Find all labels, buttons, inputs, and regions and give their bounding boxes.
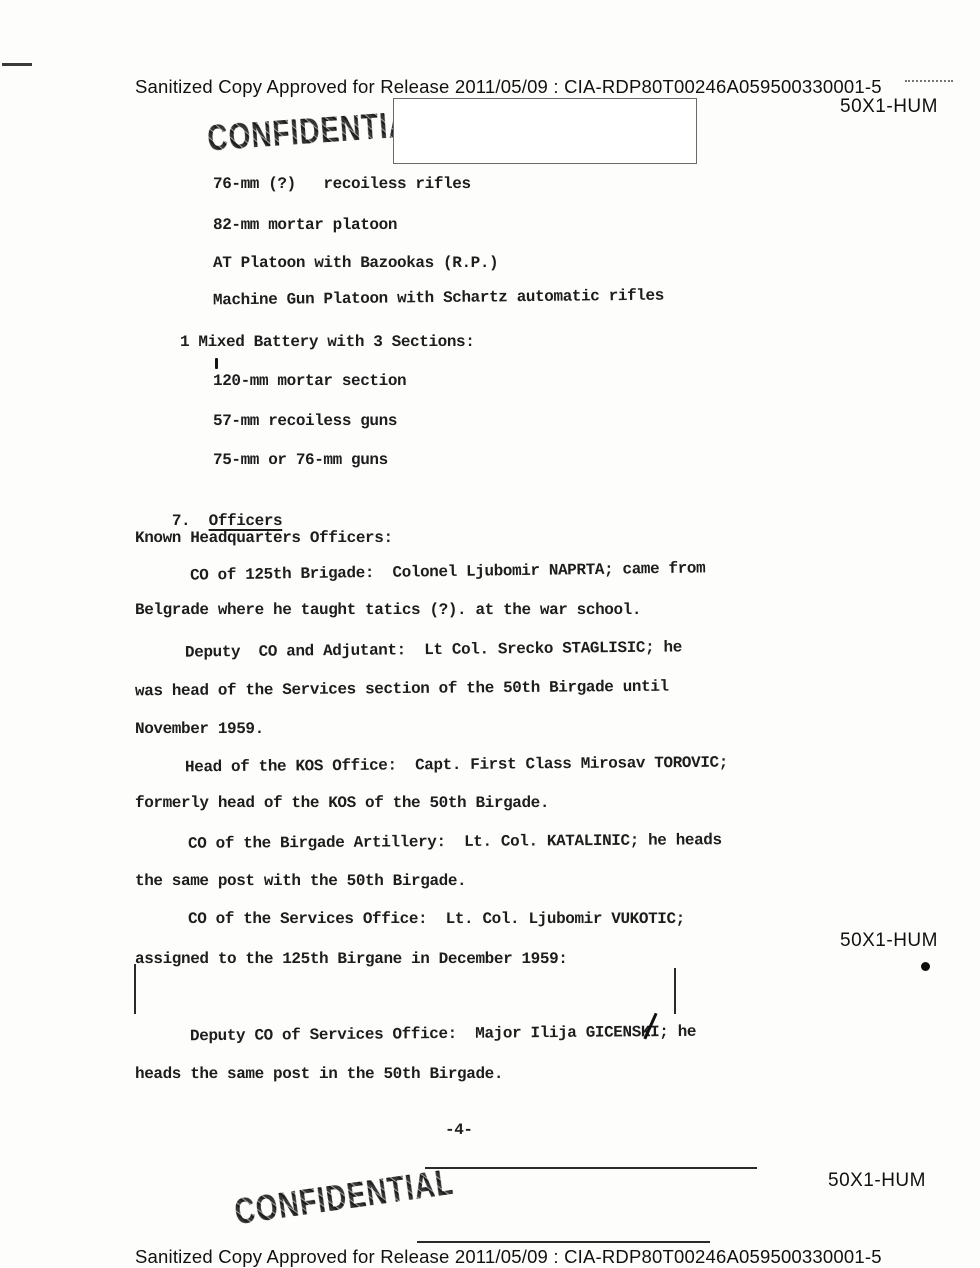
typewriter-line: was head of the Services section of the … <box>135 677 669 702</box>
typewriter-line: Belgrade where he taught tatics (?). at … <box>135 600 641 620</box>
redaction-bracket-left <box>134 964 136 1014</box>
typewriter-line: the same post with the 50th Birgade. <box>135 871 466 891</box>
typewriter-line: Head of the KOS Office: Capt. First Clas… <box>185 753 728 778</box>
overstrike-mark <box>215 358 218 369</box>
typewriter-line: Deputy CO of Services Office: Major Ilij… <box>190 1022 696 1046</box>
scan-artifact-dash <box>2 63 32 66</box>
separator-line-lower <box>417 1241 710 1243</box>
typewriter-line: CO of the Birgade Artillery: Lt. Col. KA… <box>188 830 722 854</box>
scanned-document-page: Sanitized Copy Approved for Release 2011… <box>0 0 980 1268</box>
scan-artifact-dots <box>905 80 953 82</box>
separator-line-upper <box>425 1167 757 1169</box>
footer-sanitized-text: Sanitized Copy Approved for Release 2011… <box>135 1246 882 1268</box>
ink-dot <box>921 962 930 971</box>
typewriter-line: November 1959. <box>135 719 264 739</box>
confidential-stamp-bottom: CONFIDENTIAL <box>232 1161 456 1233</box>
typewriter-line: Machine Gun Platoon with Schartz automat… <box>213 286 664 311</box>
typewriter-line: formerly head of the KOS of the 50th Bir… <box>135 793 549 813</box>
typewriter-line: Deputy CO and Adjutant: Lt Col. Srecko S… <box>185 637 682 662</box>
page-number: -4- <box>445 1120 473 1140</box>
typewriter-line: 82-mm mortar platoon <box>213 215 397 235</box>
redaction-bracket-right <box>674 968 676 1014</box>
typewriter-line: AT Platoon with Bazookas (R.P.) <box>213 253 498 273</box>
typewriter-line: heads the same post in the 50th Birgade. <box>135 1064 503 1084</box>
marking-50x1-hum-bottom: 50X1-HUM <box>828 1170 926 1192</box>
typewriter-line: 75-mm or 76-mm guns <box>213 450 388 470</box>
typewriter-line: 120-mm mortar section <box>213 371 406 391</box>
marking-50x1-hum-middle: 50X1-HUM <box>840 930 938 952</box>
header-sanitized-text: Sanitized Copy Approved for Release 2011… <box>135 76 882 98</box>
typewriter-line: assigned to the 125th Birgane in Decembe… <box>135 949 567 969</box>
typewriter-line: Known Headquarters Officers: <box>135 528 393 548</box>
marking-50x1-hum-top: 50X1-HUM <box>840 96 938 118</box>
typewriter-line: CO of 125th Brigade: Colonel Ljubomir NA… <box>190 558 706 585</box>
typewriter-line: 76-mm (?) recoiless rifles <box>213 174 471 194</box>
redaction-box <box>393 98 697 164</box>
typewriter-line: 57-mm recoiless guns <box>213 411 397 431</box>
typewriter-line: CO of the Services Office: Lt. Col. Ljub… <box>188 909 685 929</box>
typewriter-line: 1 Mixed Battery with 3 Sections: <box>180 332 474 352</box>
